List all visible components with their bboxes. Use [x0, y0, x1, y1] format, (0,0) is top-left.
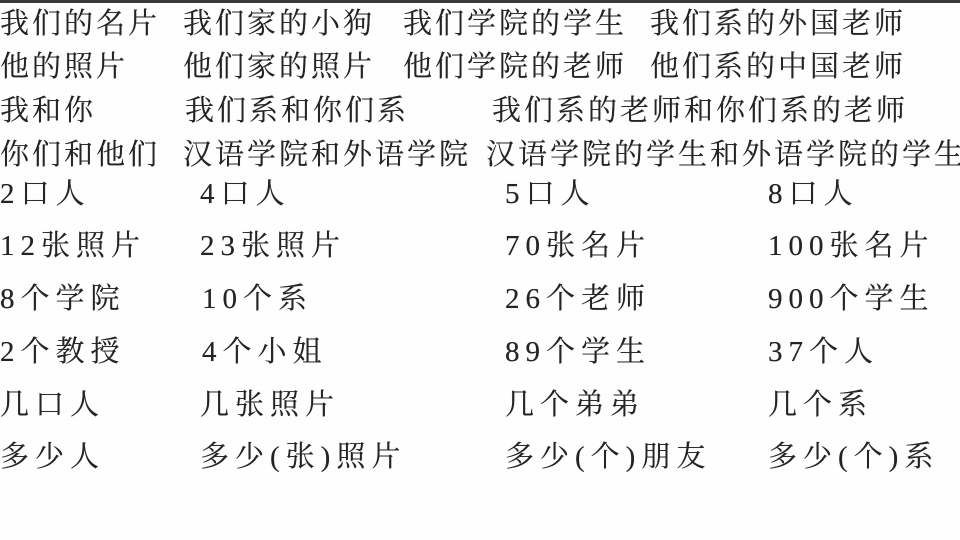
measure-cell: 多少(个)系 [768, 443, 939, 472]
phrase-cell: 我和你 [0, 97, 96, 126]
measure-cell: 多少(个)朋友 [505, 443, 711, 472]
scanned-textbook-page: 我们的名片 我们家的小狗 我们学院的学生 我们系的外国老师 他的照片 他们家的照… [0, 0, 960, 540]
phrase-cell: 我们家的小狗 [183, 10, 375, 39]
phrase-cell: 我们系的外国老师 [650, 10, 906, 39]
measure-row: 12张照片 23张照片 70张名片 100张名片 [0, 232, 960, 266]
measure-cell: 37个人 [768, 338, 879, 367]
phrase-cell: 他们学院的老师 [403, 53, 627, 82]
phrase-row: 我们的名片 我们家的小狗 我们学院的学生 我们系的外国老师 [0, 10, 960, 44]
phrase-cell: 我们系的老师和你们系的老师 [492, 97, 908, 126]
measure-cell: 多少(张)照片 [200, 443, 406, 472]
measure-cell: 2口人 [0, 180, 91, 209]
measure-row: 几口人 几张照片 几个弟弟 几个系 [0, 391, 960, 425]
measure-cell: 几个系 [768, 391, 873, 420]
phrase-cell: 他的照片 [0, 53, 128, 82]
measure-cell: 8口人 [768, 180, 859, 209]
measure-row: 多少人 多少(张)照片 多少(个)朋友 多少(个)系 [0, 443, 960, 477]
measure-cell: 12张照片 [0, 232, 146, 261]
measure-cell: 几个弟弟 [505, 391, 645, 420]
measure-cell: 几张照片 [200, 391, 340, 420]
phrase-row: 他的照片 他们家的照片 他们学院的老师 他们系的中国老师 [0, 53, 960, 87]
measure-cell: 4个小姐 [202, 338, 328, 367]
phrase-cell: 我们系和你们系 [185, 97, 409, 126]
measure-cell: 26个老师 [505, 285, 651, 314]
measure-cell: 几口人 [0, 391, 105, 420]
measure-row: 2口人 4口人 5口人 8口人 [0, 180, 960, 214]
phrase-cell: 他们系的中国老师 [650, 53, 906, 82]
measure-cell: 2个教授 [0, 338, 126, 367]
measure-cell: 4口人 [200, 180, 291, 209]
measure-row: 2个教授 4个小姐 89个学生 37个人 [0, 338, 960, 372]
measure-cell: 89个学生 [505, 338, 651, 367]
measure-cell: 10个系 [202, 285, 313, 314]
measure-cell: 900个学生 [768, 285, 935, 314]
measure-cell: 5口人 [505, 180, 596, 209]
phrase-cell: 我们的名片 [0, 10, 160, 39]
measure-cell: 8个学院 [0, 285, 126, 314]
measure-cell: 23张照片 [200, 232, 346, 261]
measure-cell: 100张名片 [768, 232, 935, 261]
phrase-row: 我和你 我们系和你们系 我们系的老师和你们系的老师 [0, 97, 960, 131]
phrase-cell: 汉语学院和外语学院 [183, 141, 471, 170]
phrase-cell: 他们家的照片 [183, 53, 375, 82]
phrase-cell: 汉语学院的学生和外语学院的学生 [486, 141, 960, 170]
measure-cell: 多少人 [0, 443, 105, 472]
phrase-cell: 我们学院的学生 [403, 10, 627, 39]
phrase-row: 你们和他们 汉语学院和外语学院 汉语学院的学生和外语学院的学生 [0, 141, 960, 175]
measure-row: 8个学院 10个系 26个老师 900个学生 [0, 285, 960, 319]
measure-cell: 70张名片 [505, 232, 651, 261]
phrase-cell: 你们和他们 [0, 141, 160, 170]
scan-edge-top [0, 0, 960, 3]
